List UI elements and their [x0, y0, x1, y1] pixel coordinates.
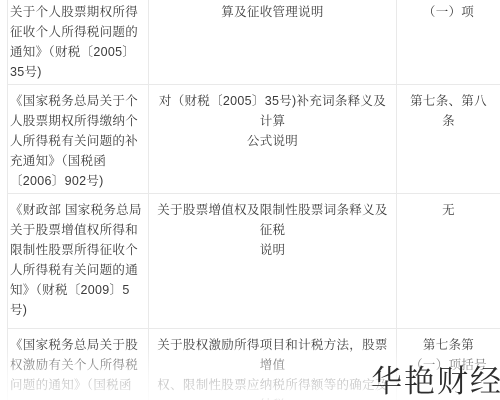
description-cell: 算及征收管理说明: [148, 0, 396, 84]
description-cell: 对（财税〔2005〕35号)补充词条释义及计算 公式说明: [148, 85, 396, 193]
reference-cell: 第七条、第八 条: [396, 85, 500, 193]
table-row: 《财政部 国家税务总局 关于股票增值权所得和 限制性股票所得征收个 人所得税有关…: [7, 194, 500, 329]
regulation-table: 关于个人股票期权所得 征收个人所得税问题的 通知》（财税〔2005〕 35号) …: [7, 0, 500, 400]
watermark-text: 华艳财经: [371, 356, 500, 400]
description-cell: 关于股权激励所得项目和计税方法，股票增值 权、限制性股票应纳税所得额等的确定及纳…: [148, 329, 396, 400]
document-cell: 《财政部 国家税务总局 关于股票增值权所得和 限制性股票所得征收个 人所得税有关…: [7, 194, 148, 328]
description-cell: 关于股票增值权及限制性股票词条释义及征税 说明: [148, 194, 396, 328]
document-cell: 《国家税务总局关于股 权激励有关个人所得税 问题的通知》（国税函: [7, 329, 148, 400]
table-row: 《国家税务总局关于个 人股票期权所得缴纳个 人所得税有关问题的补 充通知》（国税…: [7, 85, 500, 194]
reference-cell: 无: [396, 194, 500, 328]
reference-cell: （一）项: [396, 0, 500, 84]
document-cell: 《国家税务总局关于个 人股票期权所得缴纳个 人所得税有关问题的补 充通知》（国税…: [7, 85, 148, 193]
table-row: 关于个人股票期权所得 征收个人所得税问题的 通知》（财税〔2005〕 35号) …: [7, 0, 500, 85]
page: 关于个人股票期权所得 征收个人所得税问题的 通知》（财税〔2005〕 35号) …: [0, 0, 500, 400]
document-cell: 关于个人股票期权所得 征收个人所得税问题的 通知》（财税〔2005〕 35号): [7, 0, 148, 84]
